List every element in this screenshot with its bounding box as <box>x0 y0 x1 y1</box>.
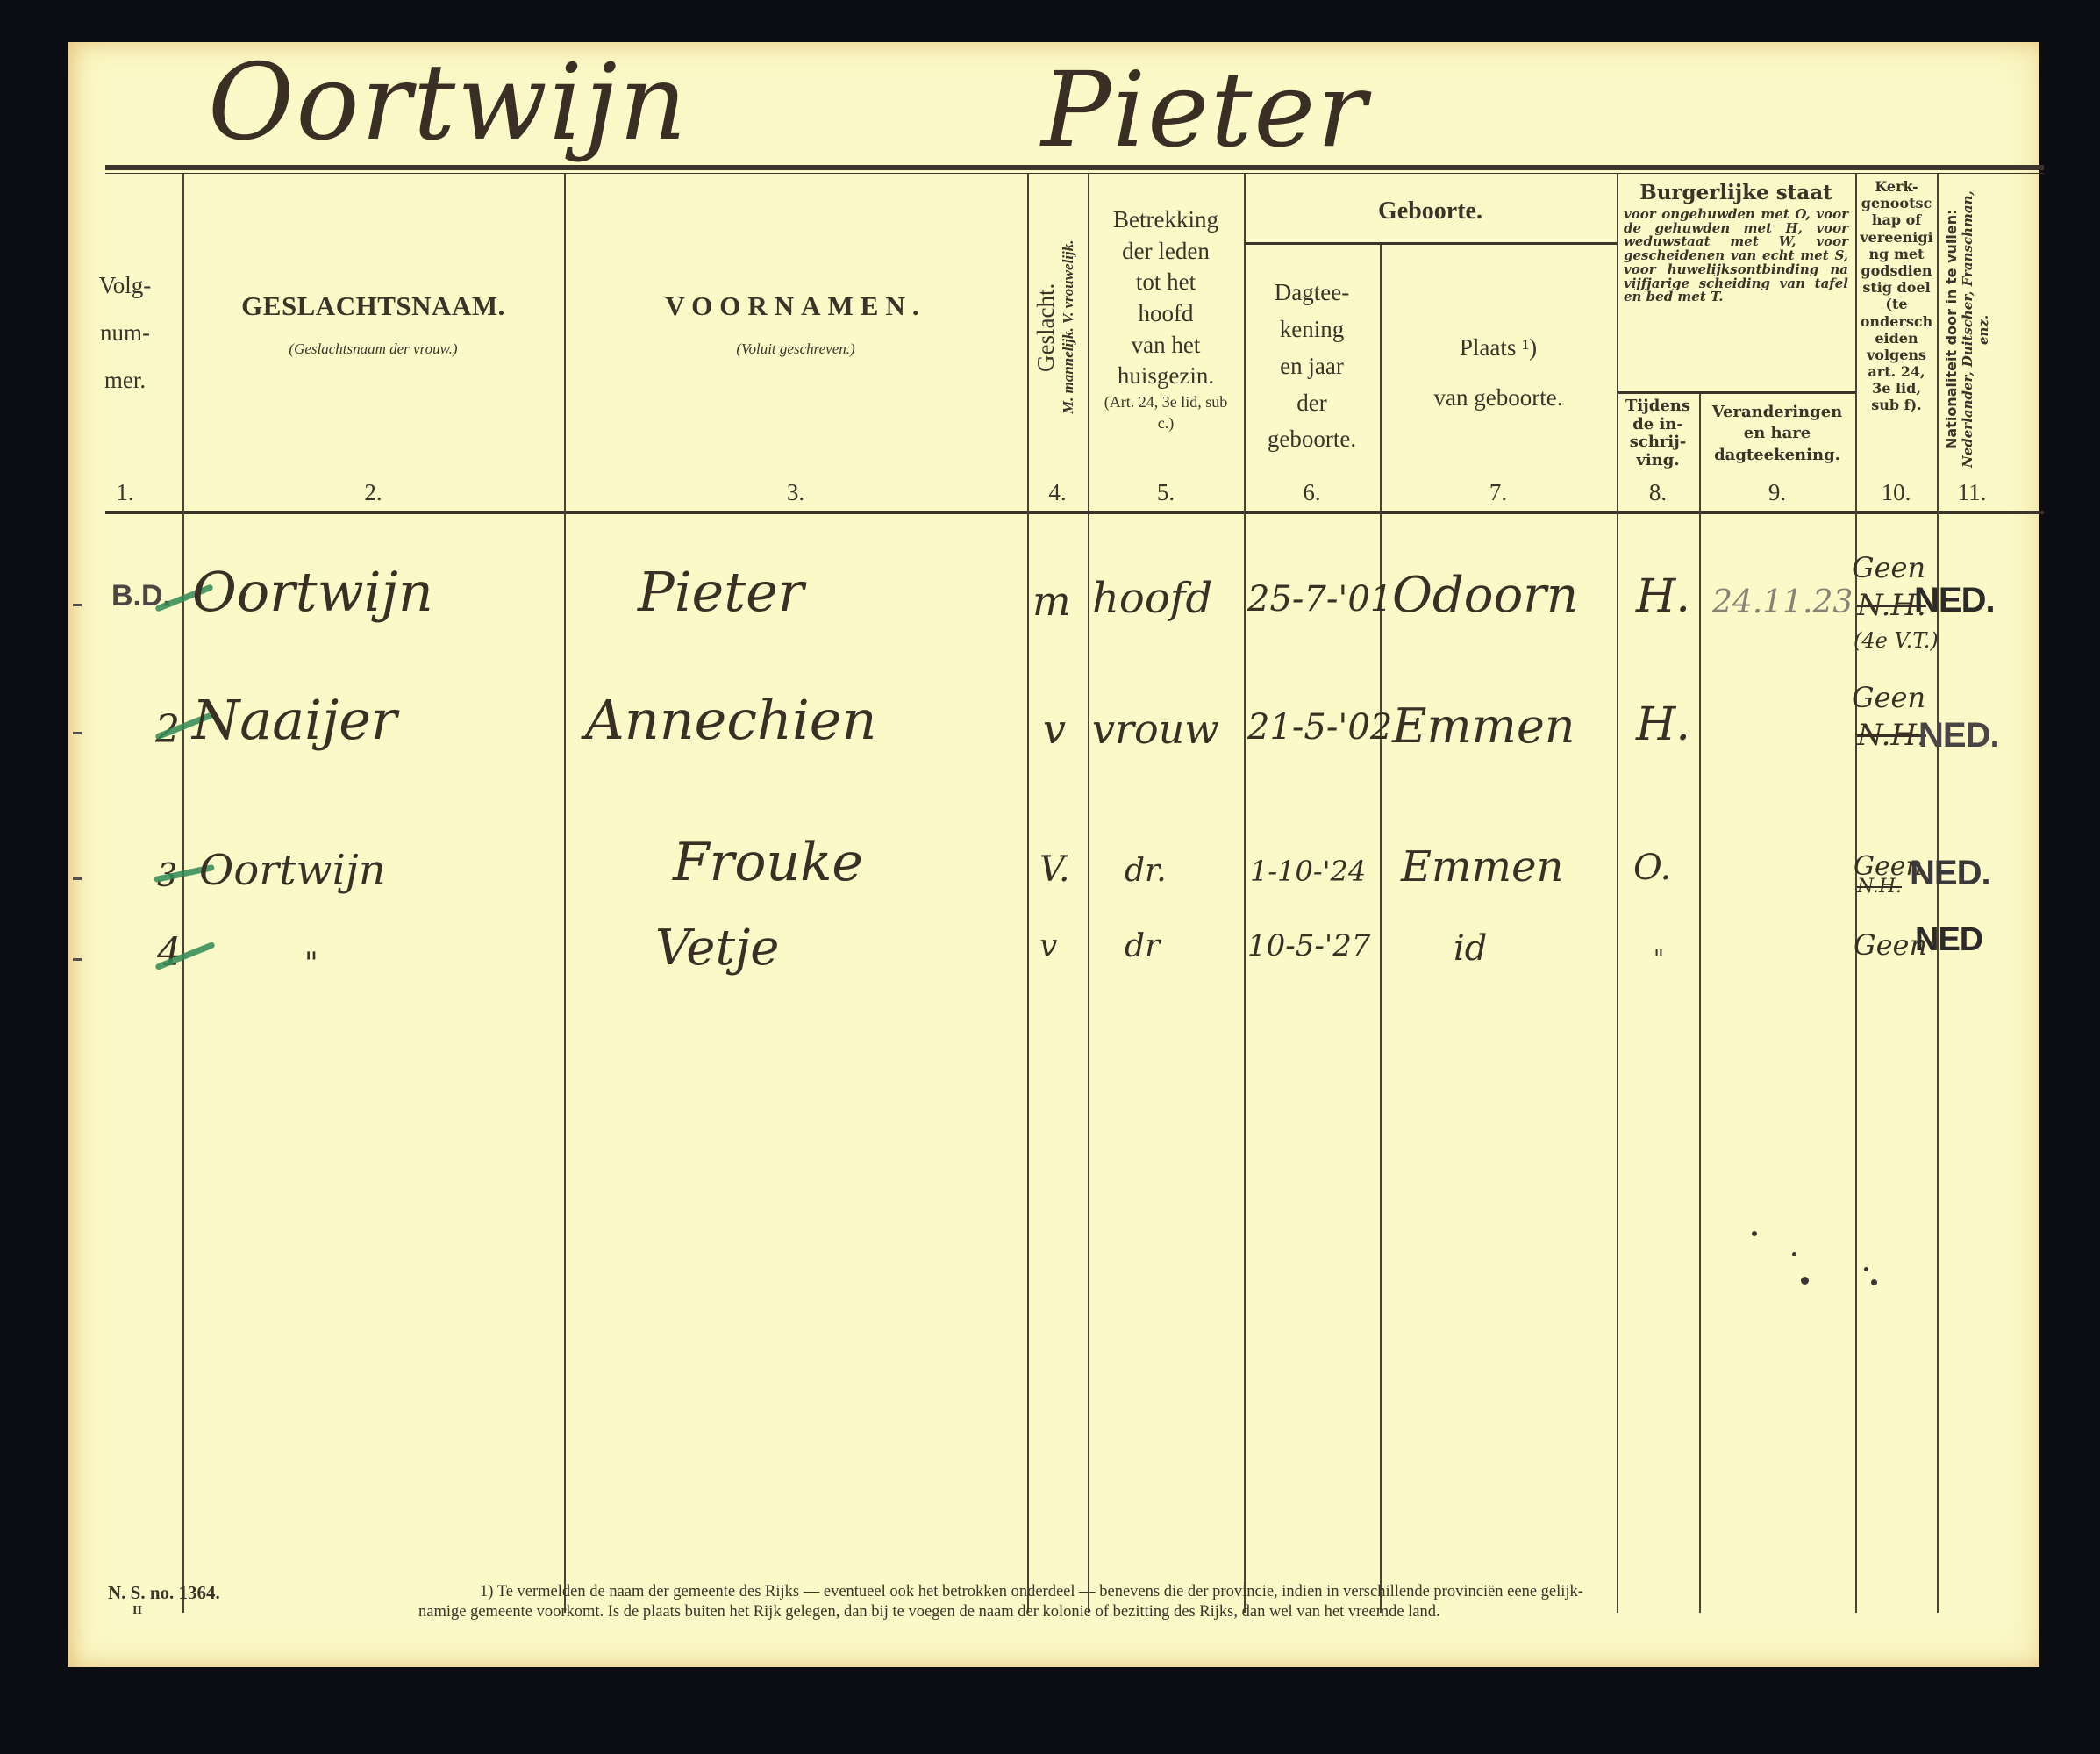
header-text: Volg- <box>68 261 182 309</box>
header-text: Tijdens <box>1617 397 1699 416</box>
header-text: van het <box>1088 330 1244 362</box>
col-divider-3 <box>1027 174 1029 1613</box>
col-number: 4. <box>1027 479 1088 506</box>
nationality-stamp: NED. <box>1918 716 1999 755</box>
cell-geslacht: v <box>1043 705 1066 753</box>
cell-staat: " <box>1654 946 1664 972</box>
col-divider-6 <box>1380 244 1382 1613</box>
cell-geslachtsnaam: Naaijer <box>192 688 397 752</box>
header-title: GESLACHTSNAAM. <box>182 290 564 324</box>
header-title: Nationaliteit door in te vullen: <box>1943 183 1960 476</box>
cell-kerkgenootschap: Geen <box>1852 551 1925 584</box>
col-divider-10 <box>1937 174 1939 1613</box>
nationality-stamp: NED. <box>1910 854 1990 893</box>
ink-dot <box>1752 1231 1757 1236</box>
cell-veranderingen: 24.11.23 <box>1712 584 1853 620</box>
header-text: geboorte. <box>1244 421 1380 458</box>
ink-dot <box>1792 1252 1796 1256</box>
cell-voornamen: Pieter <box>638 560 804 624</box>
cell-voornamen: Vetje <box>655 920 779 977</box>
header-text: mer. <box>68 356 182 404</box>
header-veranderingen: Veranderingen en hare dagteekening. <box>1699 402 1855 466</box>
ink-dot <box>1871 1279 1877 1285</box>
cell-geboortedatum: 10-5-'27 <box>1247 928 1370 963</box>
header-text: Veranderingen <box>1699 402 1855 423</box>
col-divider-2 <box>564 174 566 1613</box>
header-text: en hare <box>1699 423 1855 444</box>
col-divider-8 <box>1699 393 1701 1613</box>
col-number: 8. <box>1617 479 1699 506</box>
cell-geslacht: v <box>1039 928 1057 964</box>
cell-voornamen: Frouke <box>673 832 863 893</box>
nationality-stamp: NED. <box>1914 581 1995 620</box>
header-note: (Art. 24, 3e lid, sub c.) <box>1088 392 1244 434</box>
cell-geslachtsnaam: Oortwijn <box>199 846 386 895</box>
header-text: tot het <box>1088 267 1244 298</box>
header-volgnummer: Volg- num- mer. <box>68 261 182 404</box>
form-sub: II <box>132 1604 142 1618</box>
header-bottom-rule <box>105 511 2044 514</box>
cell-kerk-struck: N.H. <box>1857 718 1926 753</box>
header-note: voor ongehuwden met O, voor de gehuwden … <box>1620 206 1852 306</box>
col-number: 9. <box>1699 479 1855 506</box>
header-geslacht: Geslacht. M. mannelijk. V. vrouwelijk. <box>1032 183 1085 472</box>
footnote-line-2: namige gemeente voorkomt. Is de plaats b… <box>418 1603 2024 1622</box>
header-geboorte-group: Geboorte. <box>1244 196 1617 226</box>
cell-kerkgenootschap: Geen <box>1852 681 1925 714</box>
header-title: Burgerlijke staat <box>1620 181 1852 206</box>
header-title: VOORNAMEN. <box>564 290 1027 324</box>
cell-staat: O. <box>1633 848 1671 888</box>
header-text: der <box>1244 385 1380 422</box>
cell-betrekking: hoofd <box>1092 574 1212 623</box>
cell-betrekking: dr. <box>1125 853 1167 889</box>
header-kerkgenootschap: Kerk-genootschap of vereeniging met gods… <box>1857 178 1936 414</box>
cell-staat: H. <box>1636 570 1690 623</box>
cell-geboorteplaats: Emmen <box>1401 842 1563 891</box>
header-subtitle: M. mannelijk. V. vrouwelijk. <box>1060 183 1077 472</box>
header-text: ving. <box>1617 452 1699 470</box>
cell-geslachtsnaam: " <box>304 946 318 981</box>
cell-betrekking: dr <box>1125 928 1160 964</box>
header-nationaliteit: Nationaliteit door in te vullen: Nederla… <box>1943 183 2004 476</box>
burgerlijke-sub-rule <box>1617 391 1855 394</box>
cell-kerk-struck: N.H. <box>1857 876 1902 898</box>
cell-geboorteplaats: Emmen <box>1392 698 1575 754</box>
header-text: van geboorte. <box>1380 373 1617 423</box>
header-tijdens-inschrijving: Tijdens de in- schrij- ving. <box>1617 397 1699 470</box>
header-text: en jaar <box>1244 348 1380 385</box>
col-number: 5. <box>1088 479 1244 506</box>
cell-geboortedatum: 21-5-'02 <box>1247 707 1392 748</box>
header-text: der leden <box>1088 236 1244 268</box>
header-text: dagteekening. <box>1699 445 1855 466</box>
header-text: huisgezin. <box>1088 361 1244 392</box>
header-title: Geslacht. <box>1032 183 1060 472</box>
header-voornamen: VOORNAMEN. (Voluit geschreven.) <box>564 290 1027 358</box>
header-text: Betrekking <box>1088 204 1244 236</box>
col-number: 1. <box>68 479 182 506</box>
cell-betrekking: vrouw <box>1092 705 1219 753</box>
margin-dash <box>73 604 82 606</box>
footnote-line-1: 1) Te vermelden de naam der gemeente des… <box>418 1583 2024 1601</box>
geboorte-sub-rule <box>1244 242 1617 245</box>
nationality-stamp: NED <box>1915 921 1982 959</box>
ink-dot <box>1801 1277 1809 1285</box>
header-text: hoofd <box>1088 298 1244 330</box>
cell-geslacht: m <box>1032 577 1071 625</box>
header-text: Dagtee- <box>1244 275 1380 311</box>
header-plaats: Plaats ¹) van geboorte. <box>1380 323 1617 422</box>
cell-geboortedatum: 1-10-'24 <box>1250 855 1366 888</box>
col-number: 6. <box>1244 479 1380 506</box>
header-top-rule <box>105 165 2044 170</box>
form-number: N. S. no. 1364. <box>108 1582 220 1604</box>
cell-geslacht: V. <box>1039 849 1070 890</box>
cell-geboortedatum: 25-7-'01 <box>1247 579 1392 619</box>
cell-kerk-note: (4e V.T.) <box>1854 628 1939 653</box>
col-number: 10. <box>1855 479 1937 506</box>
title-given-name: Pieter <box>1041 49 1368 170</box>
col-number: 7. <box>1380 479 1617 506</box>
col-divider-1 <box>182 174 184 1613</box>
title-surname: Oortwijn <box>208 42 689 164</box>
header-text: Plaats ¹) <box>1380 323 1617 373</box>
cell-geboorteplaats: id <box>1454 928 1487 969</box>
header-burgerlijke-staat: Burgerlijke staat voor ongehuwden met O,… <box>1620 181 1852 306</box>
margin-dash <box>73 732 82 734</box>
cell-geslachtsnaam: Oortwijn <box>192 560 433 624</box>
cell-voornamen: Annechien <box>585 688 876 752</box>
header-geslachtsnaam: GESLACHTSNAAM. (Geslachtsnaam der vrouw.… <box>182 290 564 358</box>
header-subtitle: (Voluit geschreven.) <box>564 340 1027 358</box>
margin-dash <box>73 877 82 880</box>
header-subtitle: Nederlander, Duitscher, Franschman, enz. <box>1960 183 1991 476</box>
header-betrekking: Betrekking der leden tot het hoofd van h… <box>1088 204 1244 433</box>
header-text: schrij- <box>1617 433 1699 452</box>
header-text: num- <box>68 309 182 356</box>
header-text: de in- <box>1617 416 1699 434</box>
cell-staat: H. <box>1636 698 1690 751</box>
cell-geboorteplaats: Odoorn <box>1392 567 1578 624</box>
header-text: kening <box>1244 311 1380 348</box>
header-top-rule-thin <box>105 173 2044 174</box>
header-subtitle: (Geslachtsnaam der vrouw.) <box>182 340 564 358</box>
col-divider-7 <box>1617 174 1618 1613</box>
register-card: Oortwijn Pieter Volg- num- mer. GESLACHT… <box>68 42 2039 1667</box>
margin-dash <box>73 958 82 961</box>
col-number: 2. <box>182 479 564 506</box>
header-dagteekening: Dagtee- kening en jaar der geboorte. <box>1244 275 1380 458</box>
col-number: 11. <box>1937 479 2007 506</box>
col-number: 3. <box>564 479 1027 506</box>
ink-dot <box>1864 1267 1868 1271</box>
